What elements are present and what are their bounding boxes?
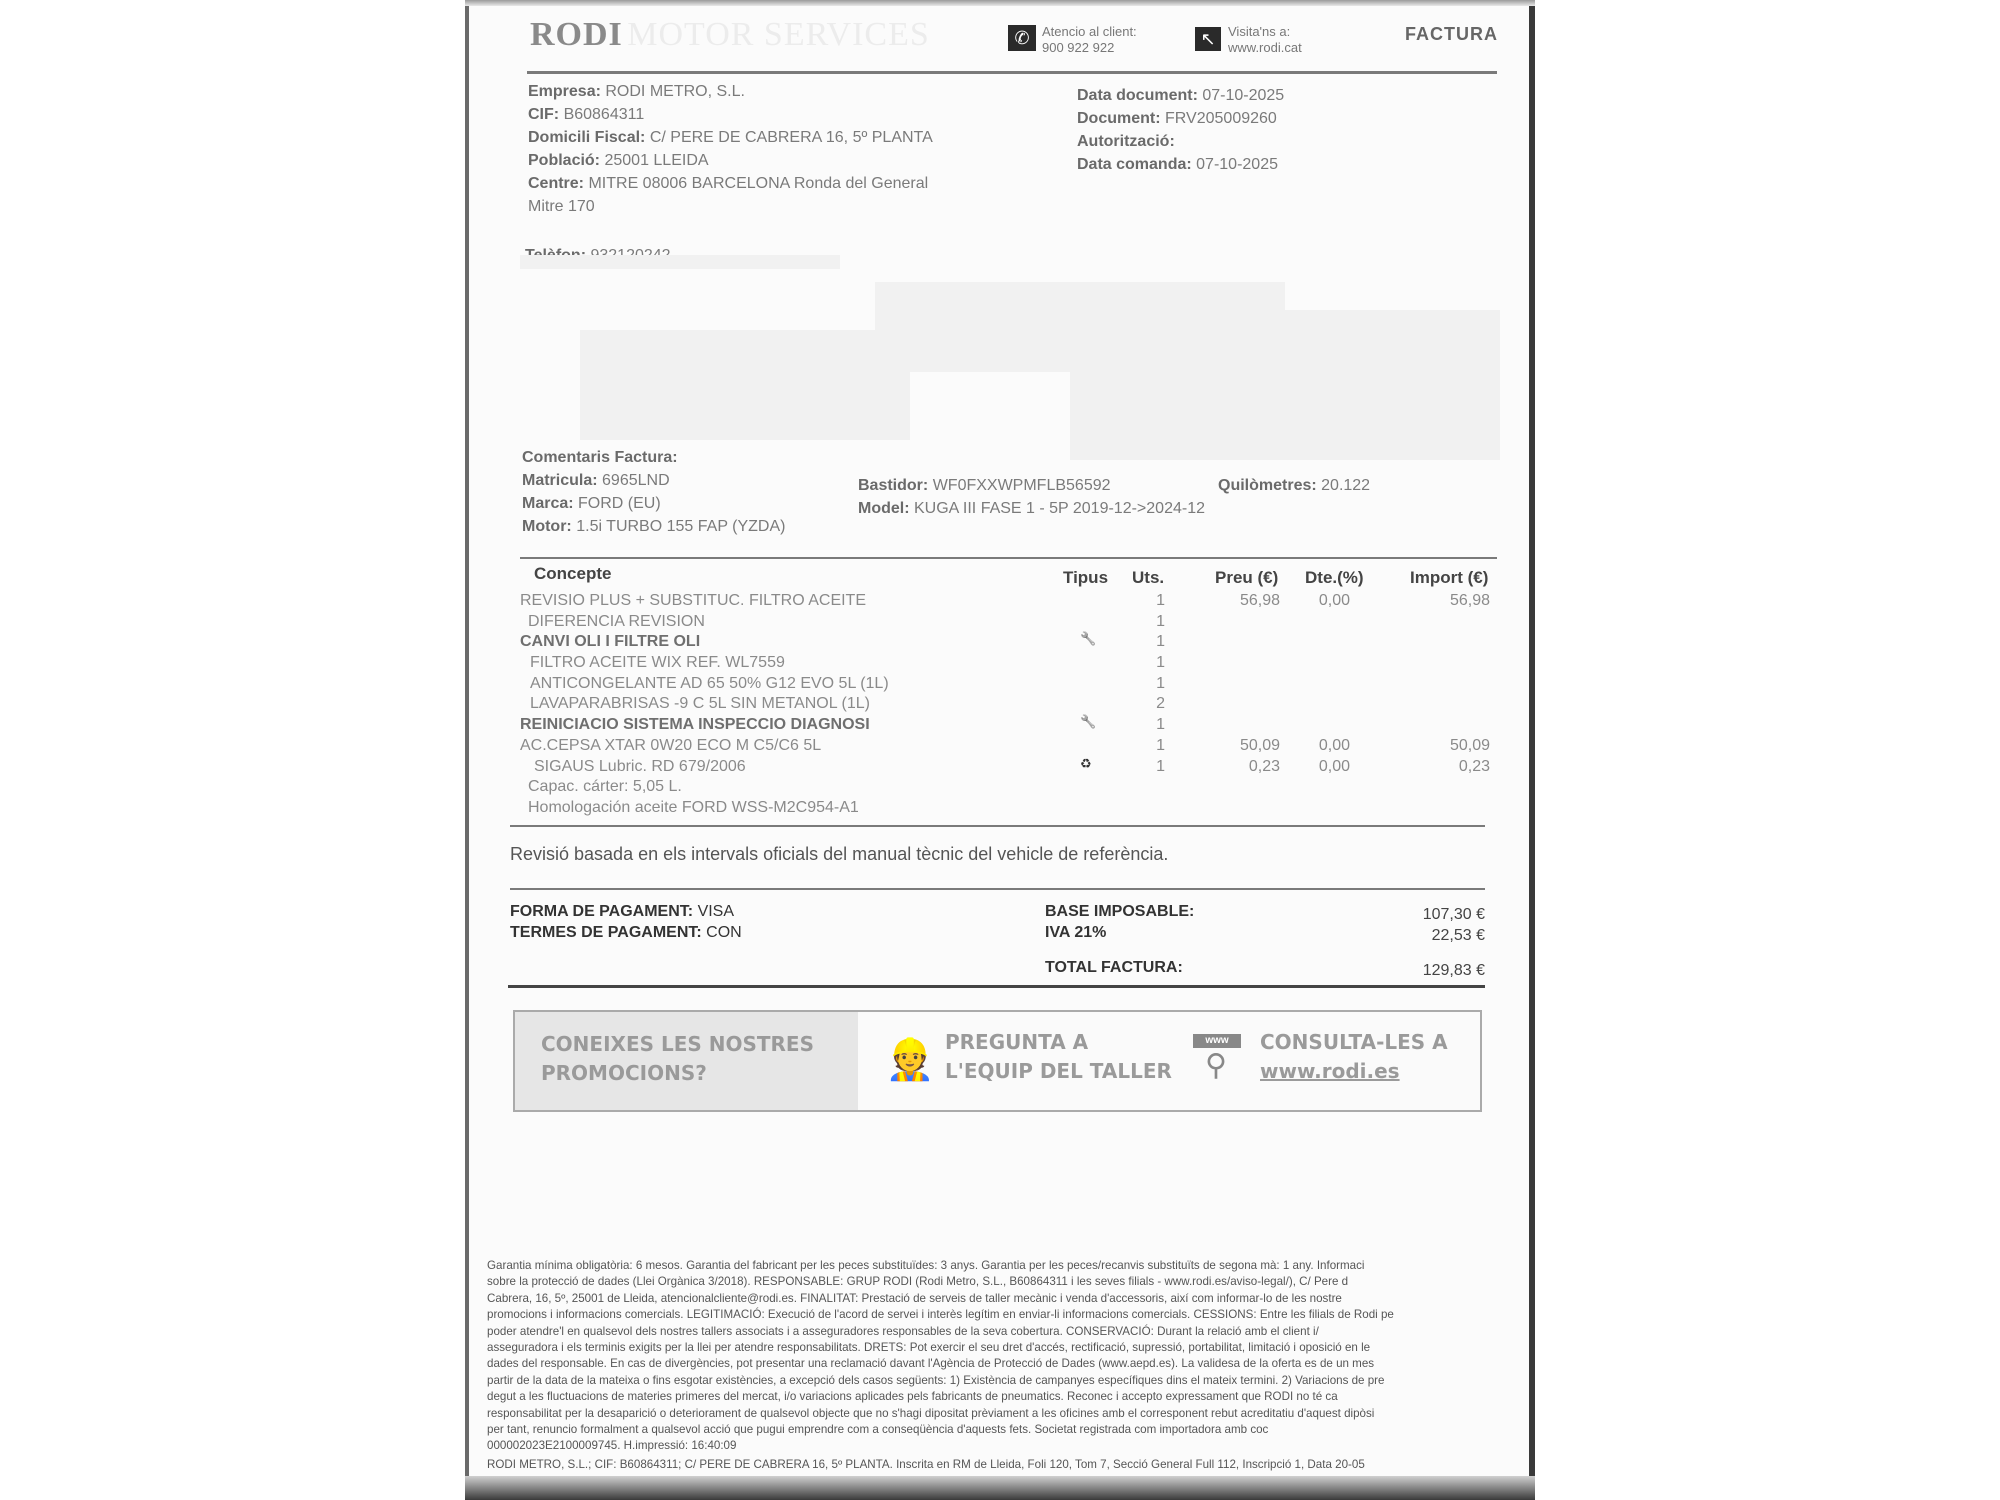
cursor-icon: ↖ — [1195, 27, 1221, 51]
totals-values: 107,30 € 22,53 € 129,83 € — [1380, 904, 1485, 981]
table-row: ANTICONGELANTE AD 65 50% G12 EVO 5L (1L)… — [520, 675, 1500, 696]
item-price: 0,23 — [1200, 758, 1280, 776]
table-row: Capac. cárter: 5,05 L. — [520, 778, 1500, 799]
item-concept: FILTRO ACEITE WIX REF. WL7559 — [530, 654, 785, 672]
mileage: Quilòmetres: 20.122 — [1218, 474, 1370, 497]
vehicle-info-2: Bastidor: WF0FXXWPMFLB56592 Model: KUGA … — [858, 474, 1205, 520]
license-plate: 6965LND — [602, 472, 670, 489]
wrench-icon: 🔧 — [1080, 631, 1096, 647]
item-units: 2 — [1120, 695, 1165, 713]
fine-print-line: degut a les fluctuacions de materies pri… — [487, 1389, 1492, 1405]
table-row: REVISIO PLUS + SUBSTITUC. FILTRO ACEITE1… — [520, 592, 1500, 613]
logo-subtitle: MOTOR SERVICES — [627, 16, 930, 53]
item-units: 1 — [1120, 613, 1165, 631]
fine-print-line: promocions i informacions comercials. LE… — [487, 1307, 1492, 1323]
fine-print-line: Cabrera, 16, 5º, 25001 de Lleida, atenci… — [487, 1291, 1492, 1307]
table-header: Concepte Tipus Uts. Preu (€) Dte.(%) Imp… — [520, 562, 1500, 592]
item-units: 1 — [1120, 758, 1165, 776]
item-concept: Capac. cárter: 5,05 L. — [528, 778, 682, 796]
comments-label: Comentaris Factura: — [522, 446, 785, 469]
fine-print-line: Garantia mínima obligatòria: 6 mesos. Ga… — [487, 1258, 1492, 1274]
redacted-block — [1070, 310, 1500, 460]
document-info: Data document: 07-10-2025 Document: FRV2… — [1077, 84, 1284, 176]
item-concept: REINICIACIO SISTEMA INSPECCIO DIAGNOSI — [520, 716, 870, 734]
item-amount: 56,98 — [1390, 592, 1490, 610]
table-body: REVISIO PLUS + SUBSTITUC. FILTRO ACEITE1… — [520, 592, 1500, 820]
tax-base: 107,30 € — [1380, 904, 1485, 925]
header-divider — [527, 71, 1497, 74]
fine-print-line: dades del responsable. En cas de divergè… — [487, 1356, 1492, 1372]
web-label: Visita'ns a: — [1228, 24, 1302, 40]
promo-banner: CONEIXES LES NOSTRES PROMOCIONS? 👷 PREGU… — [513, 1010, 1482, 1112]
fine-print-line: RODI METRO, S.L.; CIF: B60864311; C/ PER… — [487, 1457, 1492, 1473]
vehicle-brand: FORD (EU) — [578, 495, 661, 512]
item-units: 1 — [1120, 675, 1165, 693]
logo-brand: RODI — [530, 16, 623, 53]
table-row: AC.CEPSA XTAR 0W20 ECO M C5/C6 5L150,090… — [520, 737, 1500, 758]
recycle-icon: ♻ — [1080, 756, 1092, 772]
item-concept: LAVAPARABRISAS -9 C 5L SIN METANOL (1L) — [530, 695, 870, 713]
col-preu: Preu (€) — [1215, 568, 1278, 588]
wrench-icon: 🔧 — [1080, 714, 1096, 730]
document-type: FACTURA — [1405, 24, 1498, 45]
promo-visit-web: CONSULTA-LES A www.rodi.es — [1260, 1028, 1448, 1086]
col-concepte: Concepte — [534, 564, 611, 584]
company-cif: B60864311 — [564, 106, 645, 123]
payment-method: VISA — [698, 903, 734, 920]
table-row: SIGAUS Lubric. RD 679/2006♻10,230,000,23 — [520, 758, 1500, 779]
item-amount: 50,09 — [1390, 737, 1490, 755]
item-units: 1 — [1120, 633, 1165, 651]
company-name: RODI METRO, S.L. — [605, 83, 745, 100]
table-row: FILTRO ACEITE WIX REF. WL75591 — [520, 654, 1500, 675]
totals-divider — [508, 985, 1485, 988]
note-divider — [510, 888, 1485, 890]
company-address: C/ PERE DE CABRERA 16, 5º PLANTA — [650, 129, 933, 146]
table-row: DIFERENCIA REVISION1 — [520, 613, 1500, 634]
promo-promotions: CONEIXES LES NOSTRES PROMOCIONS? — [541, 1030, 814, 1088]
payment-info: FORMA DE PAGAMENT: VISA TERMES DE PAGAME… — [510, 901, 742, 943]
fine-print-line: responsabilitat per la desaparició o det… — [487, 1406, 1492, 1422]
item-discount: 0,00 — [1285, 758, 1350, 776]
item-concept: ANTICONGELANTE AD 65 50% G12 EVO 5L (1L) — [530, 675, 889, 693]
payment-terms: CON — [706, 924, 742, 941]
order-date: 07-10-2025 — [1196, 156, 1278, 173]
paper-bottom-edge — [465, 1476, 1535, 1500]
table-bottom-divider — [510, 825, 1485, 827]
phone-label: Atencio al client: — [1042, 24, 1137, 40]
invoice-total: 129,83 € — [1380, 960, 1485, 981]
fine-print-line: sobre la protecció de dades (Llei Orgàni… — [487, 1274, 1492, 1290]
company-info: Empresa: RODI METRO, S.L. CIF: B60864311… — [528, 80, 933, 218]
item-discount: 0,00 — [1285, 737, 1350, 755]
phone-icon: ✆ — [1008, 25, 1036, 51]
magnifier-icon: ⚲ — [1205, 1048, 1227, 1083]
table-row: CANVI OLI I FILTRE OLI🔧1 — [520, 633, 1500, 654]
mechanic-icon: 👷 — [885, 1036, 935, 1083]
item-concept: AC.CEPSA XTAR 0W20 ECO M C5/C6 5L — [520, 737, 821, 755]
vehicle-info: Comentaris Factura: Matricula: 6965LND M… — [522, 446, 785, 538]
item-discount: 0,00 — [1285, 592, 1350, 610]
website-info: Visita'ns a: www.rodi.cat — [1228, 24, 1302, 56]
promo-website-link[interactable]: www.rodi.es — [1260, 1057, 1448, 1086]
web-url[interactable]: www.rodi.cat — [1228, 40, 1302, 56]
vin: WF0FXXWPMFLB56592 — [933, 477, 1111, 494]
table-row: REINICIACIO SISTEMA INSPECCIO DIAGNOSI🔧1 — [520, 716, 1500, 737]
fine-print-line: poder atendre'l en qualsevol dels nostre… — [487, 1324, 1492, 1340]
table-row: LAVAPARABRISAS -9 C 5L SIN METANOL (1L)2 — [520, 695, 1500, 716]
company-city: 25001 LLEIDA — [604, 152, 708, 169]
company-centre-line2: Mitre 170 — [528, 198, 595, 215]
col-import: Import (€) — [1410, 568, 1488, 588]
item-concept: REVISIO PLUS + SUBSTITUC. FILTRO ACEITE — [520, 592, 866, 610]
item-amount: 0,23 — [1390, 758, 1490, 776]
document-number: FRV205009260 — [1165, 110, 1277, 127]
fine-print-line: 000002023E2100009745. H.impressió: 16:40… — [487, 1438, 1492, 1454]
table-top-divider — [520, 557, 1497, 559]
customer-service: Atencio al client: 900 922 922 — [1042, 24, 1137, 56]
col-uts: Uts. — [1132, 568, 1164, 588]
table-row: Homologación aceite FORD WSS-M2C954-A1 — [520, 799, 1500, 820]
vehicle-engine: 1.5i TURBO 155 FAP (YZDA) — [576, 518, 785, 535]
item-price: 50,09 — [1200, 737, 1280, 755]
company-centre: MITRE 08006 BARCELONA Ronda del General — [584, 175, 928, 192]
phone-number: 900 922 922 — [1042, 40, 1137, 56]
www-search-icon: www — [1193, 1034, 1241, 1048]
item-concept: DIFERENCIA REVISION — [528, 613, 705, 631]
col-tipus: Tipus — [1063, 568, 1108, 588]
item-concept: Homologación aceite FORD WSS-M2C954-A1 — [528, 799, 859, 817]
promo-ask-team: PREGUNTA A L'EQUIP DEL TALLER — [945, 1028, 1172, 1086]
document-date: 07-10-2025 — [1202, 87, 1284, 104]
item-units: 1 — [1120, 654, 1165, 672]
revision-note: Revisió basada en els intervals oficials… — [510, 844, 1168, 865]
item-concept: SIGAUS Lubric. RD 679/2006 — [534, 758, 746, 776]
paper-top-edge — [465, 0, 1535, 6]
col-dte: Dte.(%) — [1305, 568, 1364, 588]
company-logo: RODI MOTOR SERVICES — [530, 16, 930, 54]
totals-labels: BASE IMPOSABLE: IVA 21% TOTAL FACTURA: — [1045, 901, 1194, 978]
item-units: 1 — [1120, 592, 1165, 610]
vat-amount: 22,53 € — [1380, 925, 1485, 946]
item-units: 1 — [1120, 737, 1165, 755]
item-price: 56,98 — [1200, 592, 1280, 610]
fine-print-line: partir de la data de la mateixa o fins e… — [487, 1373, 1492, 1389]
vehicle-model: KUGA III FASE 1 - 5P 2019-12->2024-12 — [914, 500, 1205, 517]
fine-print-line: asseguradora i els terminis exigits per … — [487, 1340, 1492, 1356]
line-items-table: Concepte Tipus Uts. Preu (€) Dte.(%) Imp… — [520, 562, 1500, 820]
item-concept: CANVI OLI I FILTRE OLI — [520, 633, 700, 651]
redacted-block — [520, 255, 840, 269]
fine-print-line: per tant, renuncio formalment a qualsevo… — [487, 1422, 1492, 1438]
item-units: 1 — [1120, 716, 1165, 734]
redacted-block — [580, 330, 910, 440]
